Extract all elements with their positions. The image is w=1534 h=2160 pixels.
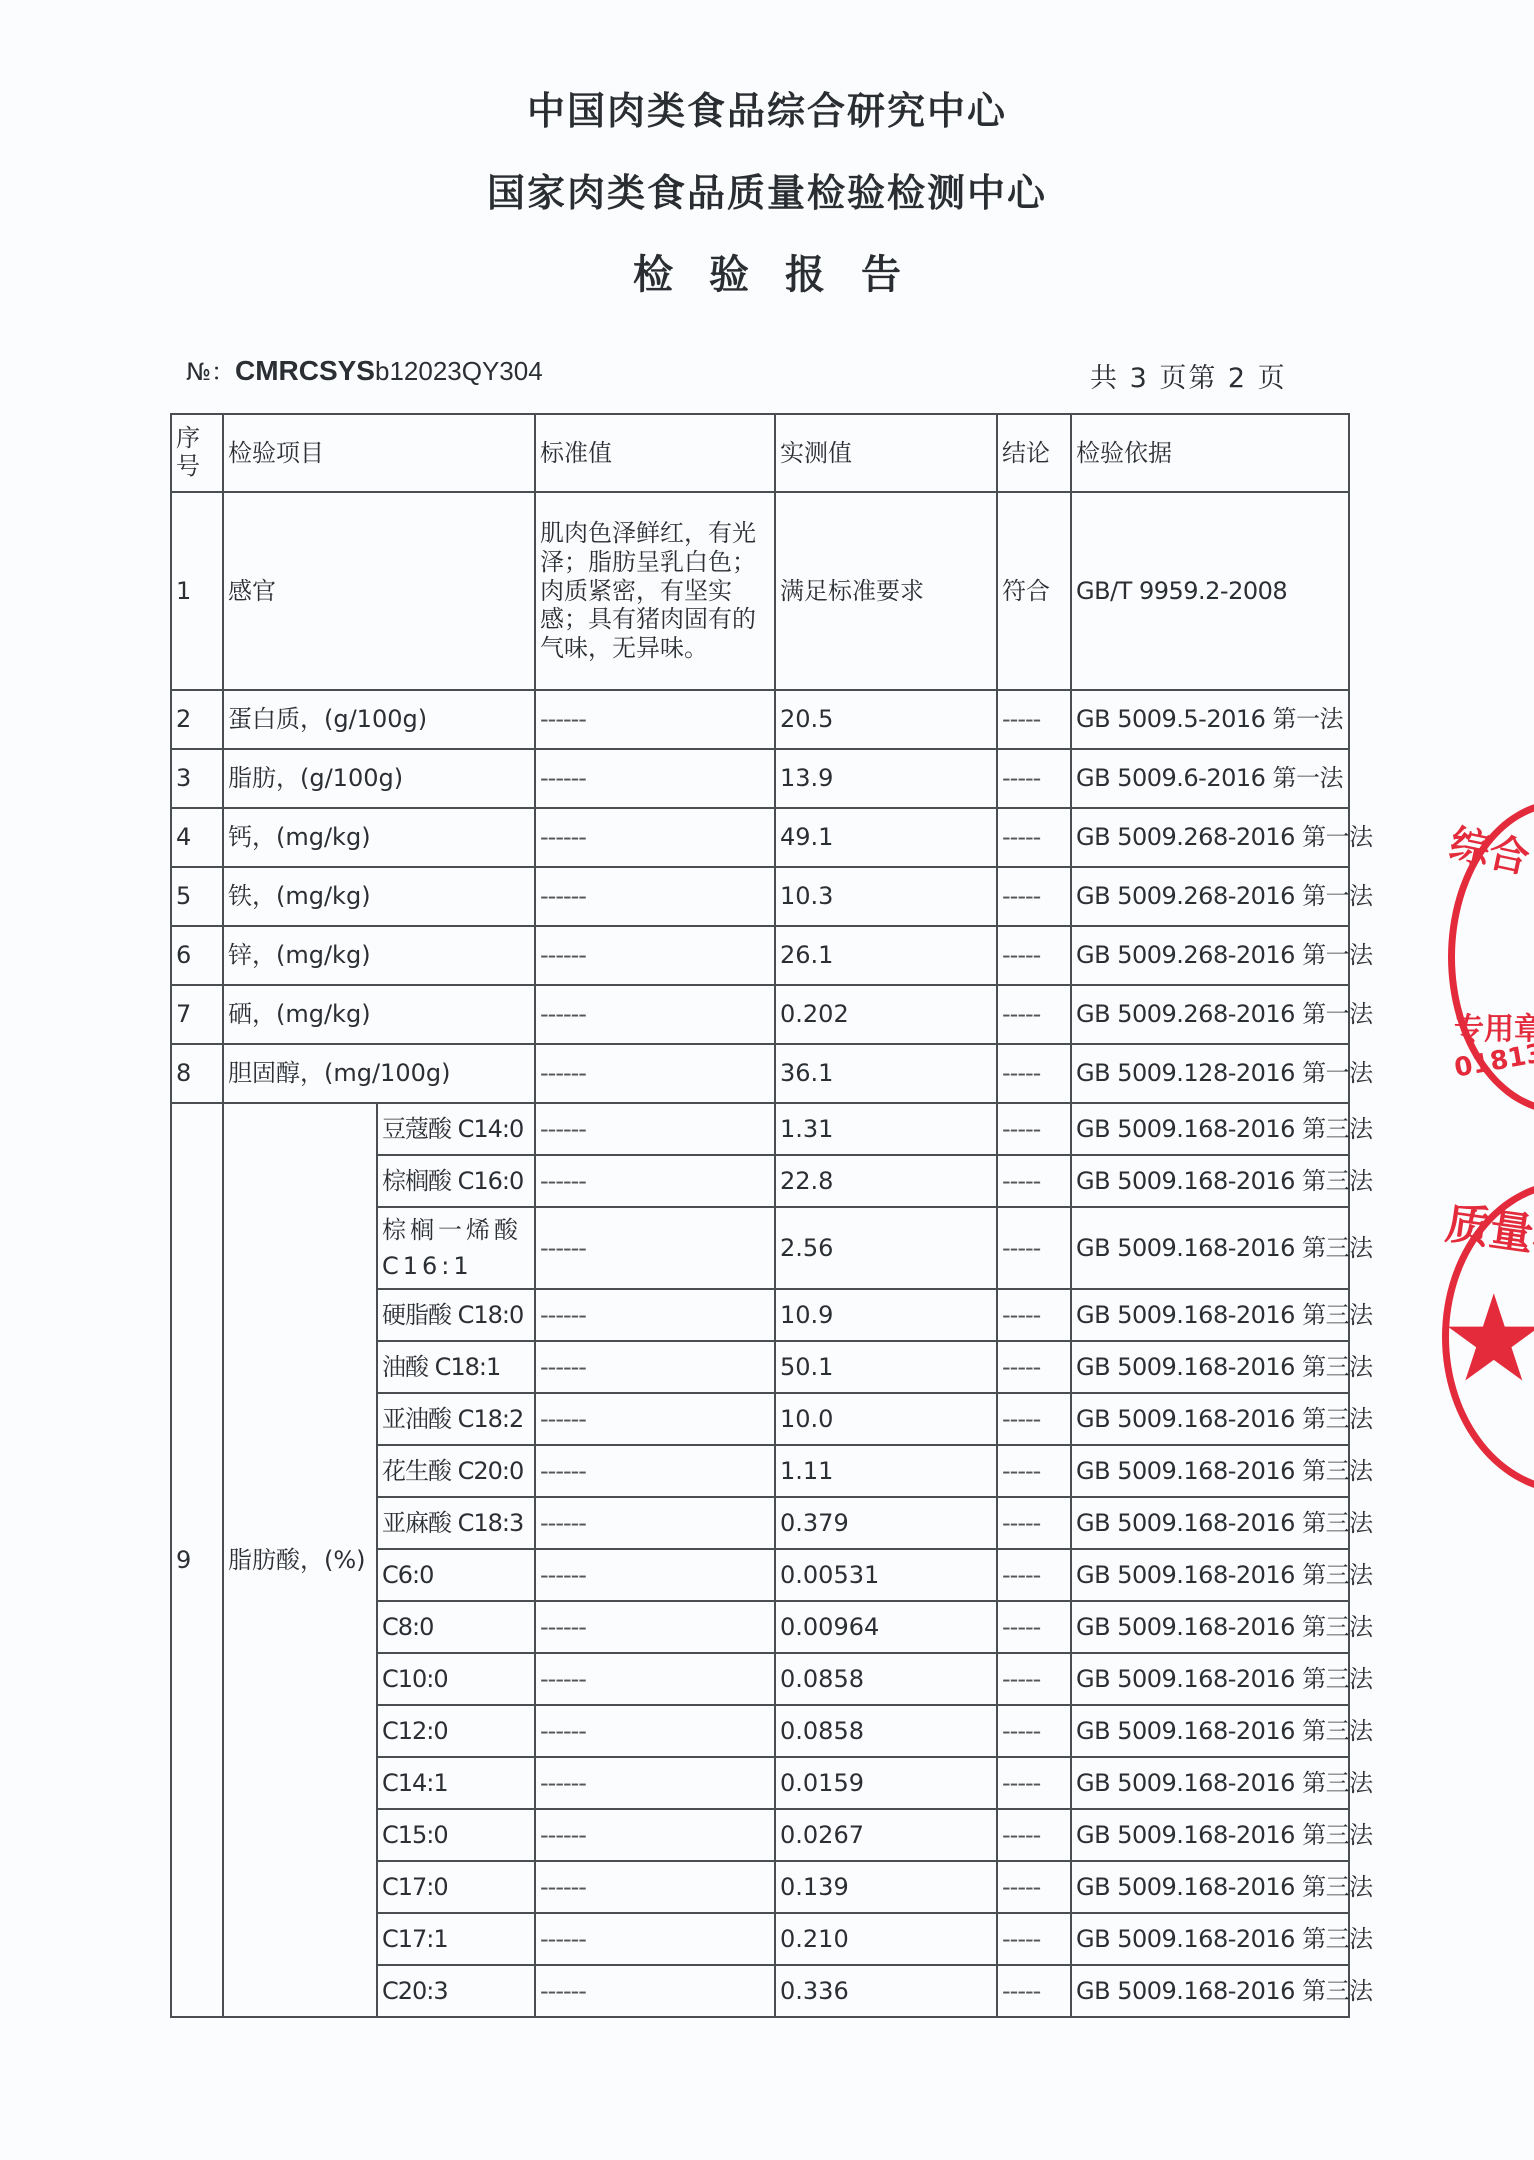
row-conclusion: 符合 [997, 492, 1071, 690]
report-number: №：CMRCSYSb12023QY304 [186, 352, 543, 387]
row-basis: GB 5009.5-2016 第一法 [1071, 690, 1349, 749]
row-basis: GB 5009.168-2016 第三法 [1071, 1861, 1349, 1913]
row-standard: ------ [535, 1809, 775, 1861]
table-row: 4钙，(mg/kg)------49.1-----GB 5009.268-201… [171, 808, 1349, 867]
row-item: 胆固醇，(mg/100g) [223, 1044, 535, 1103]
row-conclusion: ----- [997, 749, 1071, 808]
table-row: 1 感官 肌肉色泽鲜红，有光泽；脂肪呈乳白色；肉质紧密，有坚实感；具有猪肉固有的… [171, 492, 1349, 690]
row-measured: 0.0858 [775, 1705, 997, 1757]
row-basis: GB 5009.168-2016 第三法 [1071, 1705, 1349, 1757]
row-basis: GB 5009.168-2016 第三法 [1071, 1497, 1349, 1549]
row-seq: 5 [171, 867, 223, 926]
row-measured: 0.210 [775, 1913, 997, 1965]
row-item: 硒，(mg/kg) [223, 985, 535, 1044]
row-conclusion: ----- [997, 1861, 1071, 1913]
col-header-basis: 检验依据 [1071, 414, 1349, 492]
row-basis: GB 5009.168-2016 第三法 [1071, 1103, 1349, 1155]
fatty-acid-name: C6:0 [377, 1549, 535, 1601]
fatty-acid-name: 亚麻酸 C18:3 [377, 1497, 535, 1549]
row-basis: GB 5009.168-2016 第三法 [1071, 1207, 1349, 1289]
fatty-acid-name: 亚油酸 C18:2 [377, 1393, 535, 1445]
row-conclusion: ----- [997, 1289, 1071, 1341]
row-basis: GB 5009.168-2016 第三法 [1071, 1965, 1349, 2017]
report-number-rest: b12023QY304 [375, 356, 543, 386]
row-basis: GB 5009.168-2016 第三法 [1071, 1549, 1349, 1601]
table-row: 5铁，(mg/kg)------10.3-----GB 5009.268-201… [171, 867, 1349, 926]
row-seq: 9 [171, 1103, 223, 2017]
row-measured: 0.0858 [775, 1653, 997, 1705]
row-standard: ------ [535, 1965, 775, 2017]
page-info: 共 3 页第 2 页 [1090, 356, 1287, 395]
row-basis: GB 5009.168-2016 第三法 [1071, 1757, 1349, 1809]
row-basis: GB 5009.268-2016 第一法 [1071, 985, 1349, 1044]
fatty-acid-name: C17:1 [377, 1913, 535, 1965]
fatty-acid-row: 9脂肪酸，(%)豆蔻酸 C14:0------1.31-----GB 5009.… [171, 1103, 1349, 1155]
col-header-measured: 实测值 [775, 414, 997, 492]
row-item: 蛋白质，(g/100g) [223, 690, 535, 749]
row-standard: ------ [535, 1445, 775, 1497]
row-measured: 10.9 [775, 1289, 997, 1341]
row-conclusion: ----- [997, 1965, 1071, 2017]
row-seq: 1 [171, 492, 223, 690]
row-standard: ------ [535, 867, 775, 926]
fatty-acid-name: 棕榈一烯酸 C16:1 [377, 1207, 535, 1289]
row-conclusion: ----- [997, 1653, 1071, 1705]
row-measured: 0.336 [775, 1965, 997, 2017]
fatty-acid-name: 棕榈酸 C16:0 [377, 1155, 535, 1207]
row-conclusion: ----- [997, 690, 1071, 749]
fatty-acid-name: C14:1 [377, 1757, 535, 1809]
row-standard: ------ [535, 1653, 775, 1705]
row-standard: ------ [535, 1207, 775, 1289]
row-standard: ------ [535, 1549, 775, 1601]
row-measured: 1.31 [775, 1103, 997, 1155]
row-measured: 22.8 [775, 1155, 997, 1207]
fatty-acid-name: 豆蔻酸 C14:0 [377, 1103, 535, 1155]
row-conclusion: ----- [997, 985, 1071, 1044]
row-seq: 6 [171, 926, 223, 985]
row-measured: 50.1 [775, 1341, 997, 1393]
row-item: 钙，(mg/kg) [223, 808, 535, 867]
table-row: 6锌，(mg/kg)------26.1-----GB 5009.268-201… [171, 926, 1349, 985]
row-standard: ------ [535, 1044, 775, 1103]
row-seq: 3 [171, 749, 223, 808]
row-conclusion: ----- [997, 1103, 1071, 1155]
row-basis: GB 5009.6-2016 第一法 [1071, 749, 1349, 808]
fatty-acid-name: C8:0 [377, 1601, 535, 1653]
row-conclusion: ----- [997, 808, 1071, 867]
row-standard: ------ [535, 1705, 775, 1757]
report-number-prefix: №： [186, 358, 235, 386]
row-conclusion: ----- [997, 1497, 1071, 1549]
row-seq: 7 [171, 985, 223, 1044]
fatty-acid-name: 花生酸 C20:0 [377, 1445, 535, 1497]
row-standard: ------ [535, 1913, 775, 1965]
row-measured: 1.11 [775, 1445, 997, 1497]
row-basis: GB 5009.168-2016 第三法 [1071, 1913, 1349, 1965]
fatty-acid-name: 油酸 C18:1 [377, 1341, 535, 1393]
row-seq: 2 [171, 690, 223, 749]
row-conclusion: ----- [997, 1757, 1071, 1809]
row-measured: 36.1 [775, 1044, 997, 1103]
row-seq: 8 [171, 1044, 223, 1103]
row-measured: 10.0 [775, 1393, 997, 1445]
row-measured: 10.3 [775, 867, 997, 926]
row-basis: GB 5009.168-2016 第三法 [1071, 1155, 1349, 1207]
row-measured: 49.1 [775, 808, 997, 867]
col-header-seq: 序号 [171, 414, 223, 492]
report-number-bold: CMRCSYS [235, 355, 375, 386]
row-conclusion: ----- [997, 926, 1071, 985]
row-measured: 0.139 [775, 1861, 997, 1913]
org-name-line2: 国家肉类食品质量检验检测中心 [0, 162, 1534, 217]
row-basis: GB 5009.168-2016 第三法 [1071, 1341, 1349, 1393]
fatty-acid-name: 硬脂酸 C18:0 [377, 1289, 535, 1341]
row-conclusion: ----- [997, 1155, 1071, 1207]
row-standard: ------ [535, 1341, 775, 1393]
row-standard: ------ [535, 1861, 775, 1913]
row-basis: GB/T 9959.2-2008 [1071, 492, 1349, 690]
row-measured: 0.202 [775, 985, 997, 1044]
row-basis: GB 5009.168-2016 第三法 [1071, 1445, 1349, 1497]
row-basis: GB 5009.168-2016 第三法 [1071, 1653, 1349, 1705]
row-standard: ------ [535, 808, 775, 867]
row-standard: ------ [535, 690, 775, 749]
row-standard: ------ [535, 926, 775, 985]
star-icon: ★ [1440, 1270, 1534, 1409]
row-standard: ------ [535, 1757, 775, 1809]
row-item: 脂肪酸，(%) [223, 1103, 377, 2017]
document-title: 检验报告 [0, 243, 1534, 300]
row-item: 感官 [223, 492, 535, 690]
row-conclusion: ----- [997, 1445, 1071, 1497]
row-basis: GB 5009.168-2016 第三法 [1071, 1289, 1349, 1341]
row-conclusion: ----- [997, 1913, 1071, 1965]
row-conclusion: ----- [997, 1207, 1071, 1289]
row-measured: 0.00531 [775, 1549, 997, 1601]
row-measured: 0.0159 [775, 1757, 997, 1809]
fatty-acid-name: C15:0 [377, 1809, 535, 1861]
row-conclusion: ----- [997, 1809, 1071, 1861]
row-standard: ------ [535, 1289, 775, 1341]
fatty-acid-name: C12:0 [377, 1705, 535, 1757]
row-measured: 2.56 [775, 1207, 997, 1289]
row-measured: 26.1 [775, 926, 997, 985]
row-measured: 13.9 [775, 749, 997, 808]
table-row: 3脂肪，(g/100g)------13.9-----GB 5009.6-201… [171, 749, 1349, 808]
col-header-conclusion: 结论 [997, 414, 1071, 492]
row-basis: GB 5009.168-2016 第三法 [1071, 1809, 1349, 1861]
row-basis: GB 5009.128-2016 第一法 [1071, 1044, 1349, 1103]
row-item: 锌，(mg/kg) [223, 926, 535, 985]
row-conclusion: ----- [997, 867, 1071, 926]
row-basis: GB 5009.268-2016 第一法 [1071, 926, 1349, 985]
fatty-acid-name: C10:0 [377, 1653, 535, 1705]
row-measured: 0.0267 [775, 1809, 997, 1861]
table-row: 2蛋白质，(g/100g)------20.5-----GB 5009.5-20… [171, 690, 1349, 749]
table-row: 7硒，(mg/kg)------0.202-----GB 5009.268-20… [171, 985, 1349, 1044]
row-standard: ------ [535, 1155, 775, 1207]
row-measured: 0.379 [775, 1497, 997, 1549]
row-basis: GB 5009.268-2016 第一法 [1071, 867, 1349, 926]
row-standard: ------ [535, 1393, 775, 1445]
table-header-row: 序号 检验项目 标准值 实测值 结论 检验依据 [171, 414, 1349, 492]
row-conclusion: ----- [997, 1601, 1071, 1653]
row-measured: 0.00964 [775, 1601, 997, 1653]
row-item: 铁，(mg/kg) [223, 867, 535, 926]
row-standard: ------ [535, 1601, 775, 1653]
row-standard: ------ [535, 1103, 775, 1155]
row-measured: 20.5 [775, 690, 997, 749]
row-conclusion: ----- [997, 1705, 1071, 1757]
row-measured: 满足标准要求 [775, 492, 997, 690]
row-seq: 4 [171, 808, 223, 867]
col-header-item: 检验项目 [223, 414, 535, 492]
col-header-standard: 标准值 [535, 414, 775, 492]
fatty-acid-name: C17:0 [377, 1861, 535, 1913]
row-standard: ------ [535, 985, 775, 1044]
table-row: 8胆固醇，(mg/100g)------36.1-----GB 5009.128… [171, 1044, 1349, 1103]
fatty-acid-name: C20:3 [377, 1965, 535, 2017]
row-item: 脂肪，(g/100g) [223, 749, 535, 808]
row-basis: GB 5009.168-2016 第三法 [1071, 1393, 1349, 1445]
row-standard: ------ [535, 1497, 775, 1549]
org-name-line1: 中国肉类食品综合研究中心 [0, 80, 1534, 135]
row-conclusion: ----- [997, 1341, 1071, 1393]
row-standard: 肌肉色泽鲜红，有光泽；脂肪呈乳白色；肉质紧密，有坚实感；具有猪肉固有的气味，无异… [535, 492, 775, 690]
row-basis: GB 5009.268-2016 第一法 [1071, 808, 1349, 867]
inspection-table: 序号 检验项目 标准值 实测值 结论 检验依据 1 感官 肌肉色泽鲜红，有光泽；… [170, 413, 1350, 2018]
row-basis: GB 5009.168-2016 第三法 [1071, 1601, 1349, 1653]
row-conclusion: ----- [997, 1549, 1071, 1601]
row-conclusion: ----- [997, 1044, 1071, 1103]
row-standard: ------ [535, 749, 775, 808]
row-conclusion: ----- [997, 1393, 1071, 1445]
seal2-arc-text: 质量检 [1442, 1187, 1534, 1269]
